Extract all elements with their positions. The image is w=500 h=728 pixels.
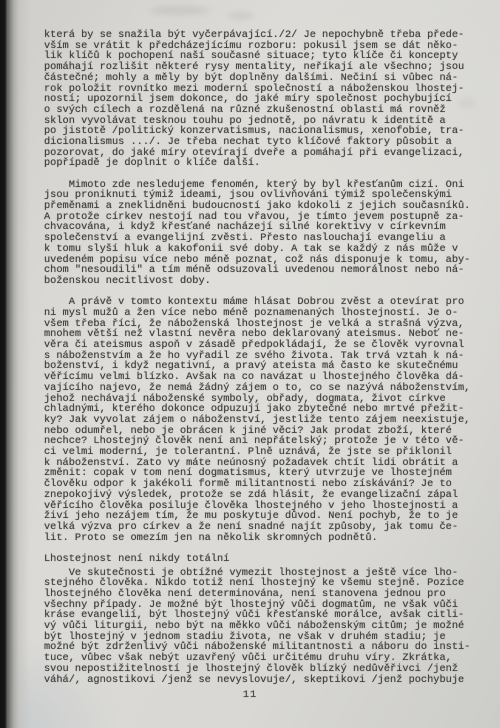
scanned-page: která by se snažila být vyčerpávající./2… [0,0,500,728]
scan-smudge [150,6,210,15]
paragraph: Ve skutečnosti je obtížné vymezit lhoste… [44,568,489,686]
section-heading: Lhostejnost není nikdy totální [44,554,489,565]
paragraph: která by se snažila být vyčerpávající./2… [44,30,489,169]
page-number: 11 [0,689,500,701]
scan-smudge [228,12,254,19]
typewritten-text-block: která by se snažila být vyčerpávající./2… [44,30,489,696]
paragraph: A právě v tomto kontextu máme hlásat Dob… [44,297,489,543]
scanner-edge-shadow [0,0,30,728]
paragraph: Mimoto zde nesledujeme fenomén, který by… [44,180,489,287]
